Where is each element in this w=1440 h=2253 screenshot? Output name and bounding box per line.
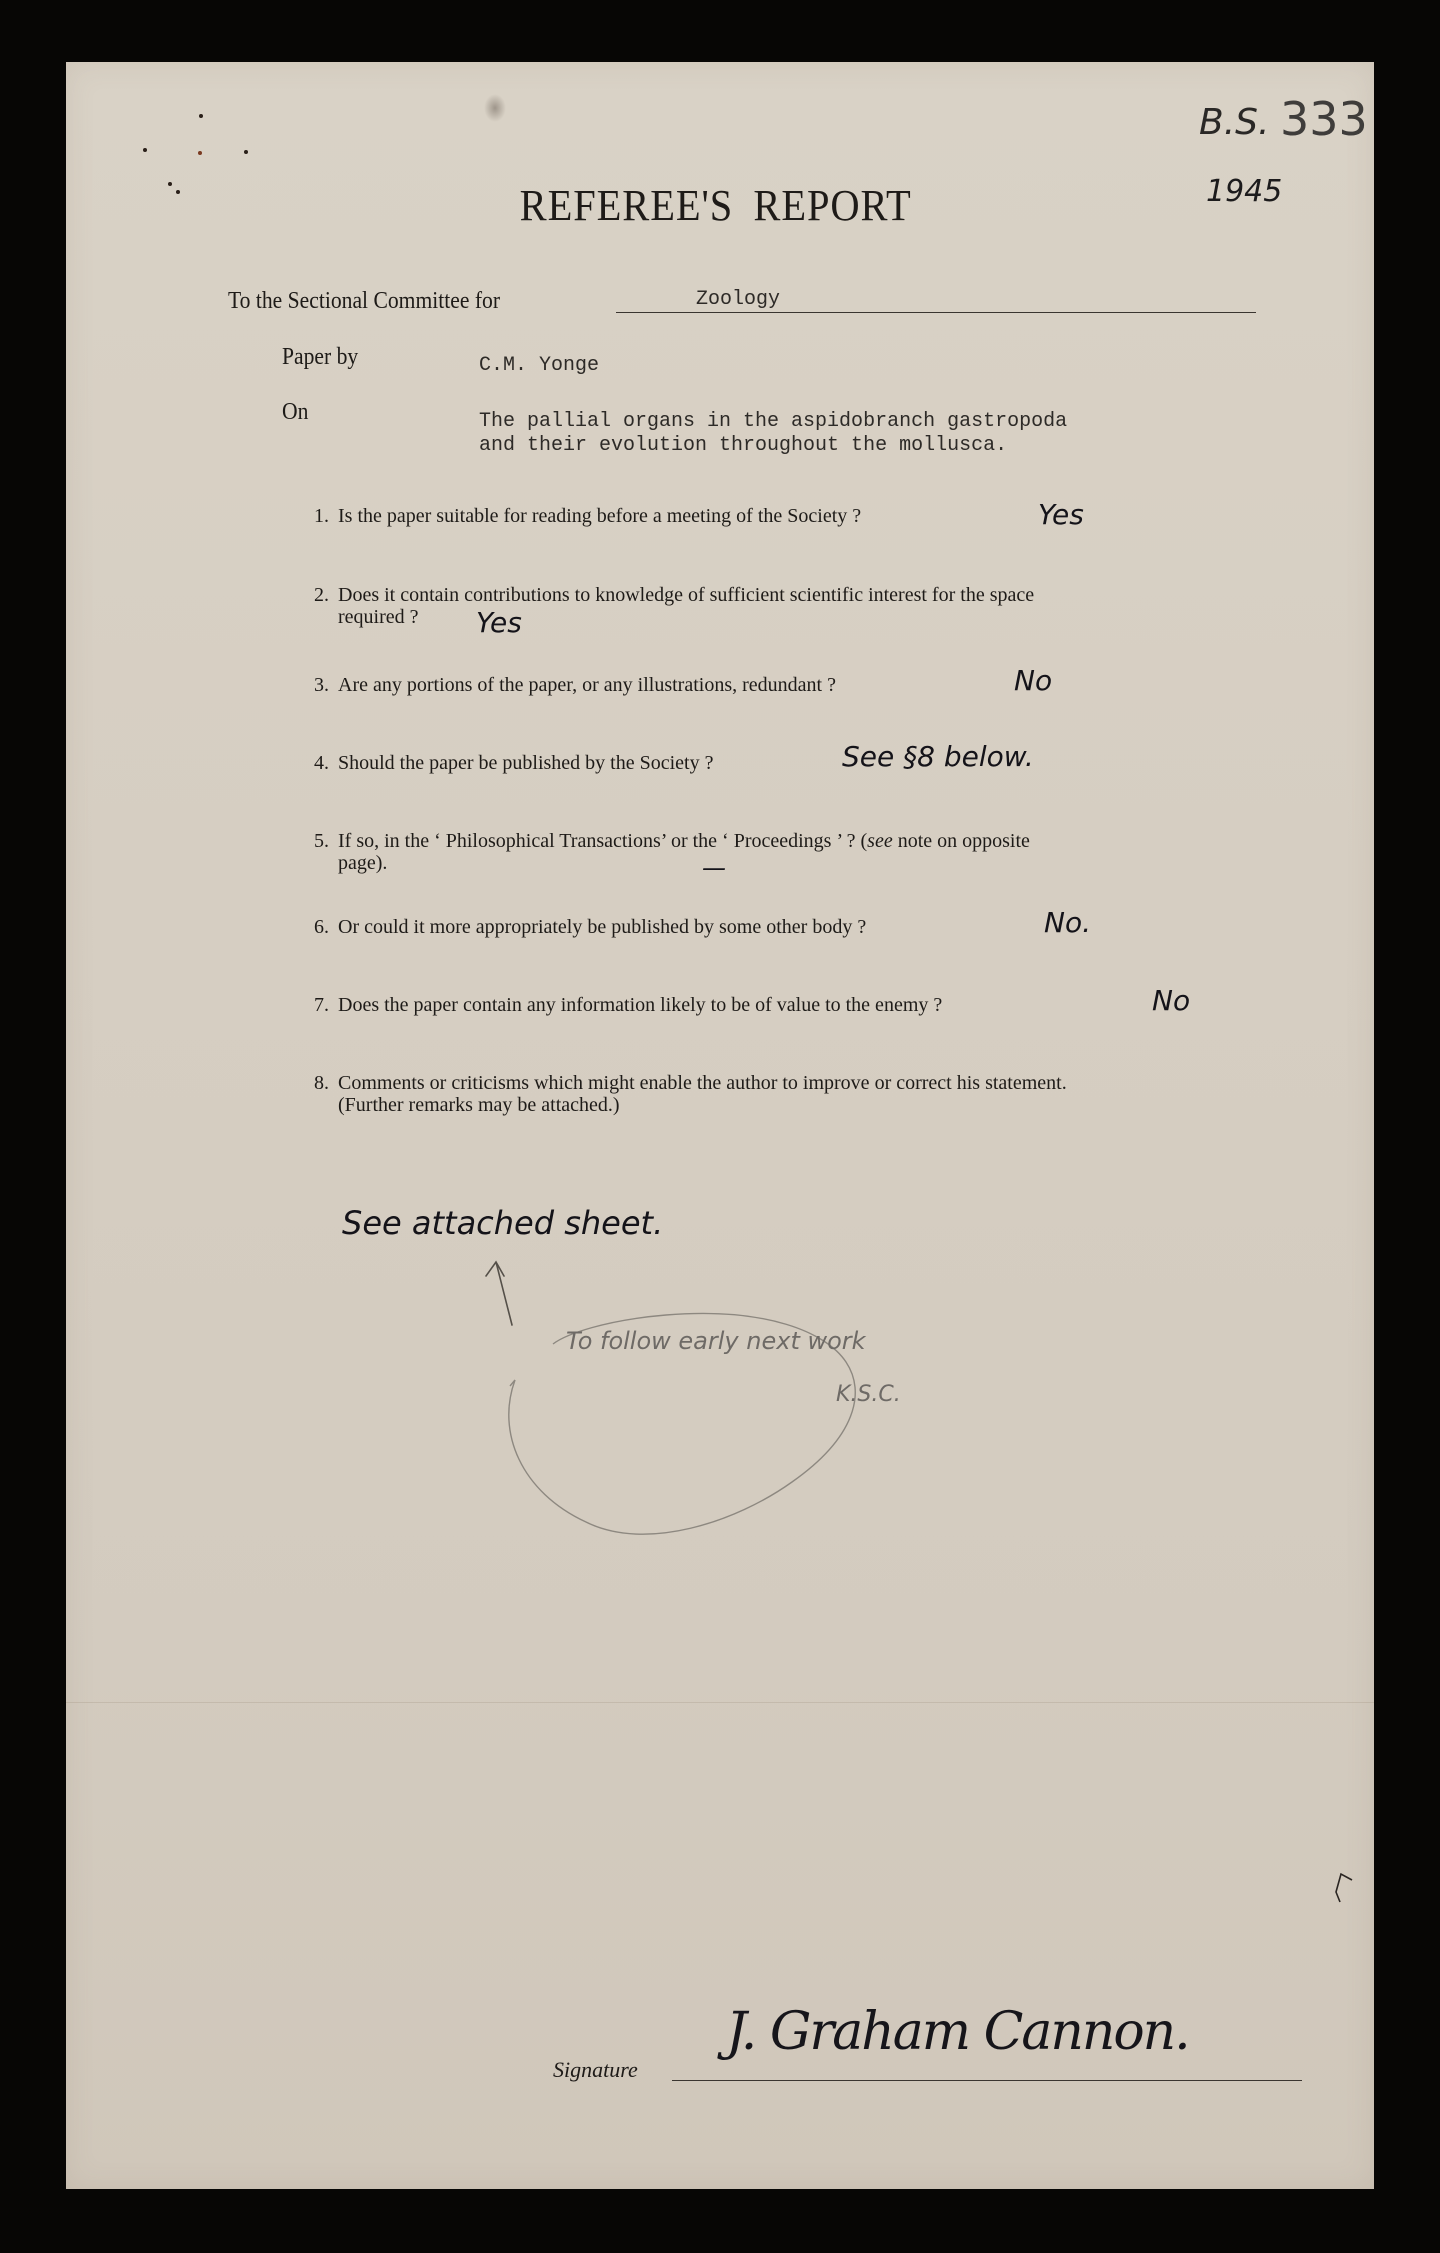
question-3: 3.Are any portions of the paper, or any …	[314, 674, 1234, 696]
question-text: Should the paper be published by the Soc…	[338, 752, 713, 774]
committee-value: Zoology	[696, 288, 780, 311]
archive-ref-prefix: B.S.	[1199, 102, 1269, 143]
question-4: 4.Should the paper be published by the S…	[314, 752, 1234, 774]
paper-fold-line	[66, 1702, 1374, 1703]
question-text: Or could it more appropriately be publis…	[338, 916, 866, 938]
question-text-continued: page).	[314, 852, 1234, 874]
question-text: If so, in the ‘ Philosophical Transactio…	[338, 830, 1030, 852]
margin-mark	[66, 62, 1374, 2189]
paper-by-label: Paper by	[282, 344, 358, 371]
question-8: 8.Comments or criticisms which might ena…	[314, 1072, 1234, 1116]
ink-stain	[484, 94, 506, 122]
answer-5: —	[702, 854, 726, 882]
question-number: 5.	[314, 830, 338, 852]
pencil-circle-annotation	[66, 62, 1374, 2189]
question-number: 2.	[314, 584, 338, 606]
punch-hole	[198, 151, 202, 155]
question-text-continued: (Further remarks may be attached.)	[314, 1094, 1234, 1116]
question-6: 6.Or could it more appropriately be publ…	[314, 916, 1234, 938]
punch-hole	[143, 148, 147, 152]
question-number: 7.	[314, 994, 338, 1016]
question-text-part: If so, in the ‘ Philosophical Transactio…	[338, 830, 867, 852]
question-text: Comments or criticisms which might enabl…	[338, 1072, 1067, 1094]
question-number: 3.	[314, 674, 338, 696]
paper-title-line-1: The pallial organs in the aspidobranch g…	[479, 410, 1067, 433]
question-5: 5.If so, in the ‘ Philosophical Transact…	[314, 830, 1234, 874]
pencil-note: To follow early next work	[566, 1327, 866, 1355]
on-label: On	[282, 399, 308, 426]
signature-line	[672, 2080, 1302, 2081]
question-text-italic: see	[867, 830, 893, 852]
question-number: 6.	[314, 916, 338, 938]
question-1: 1.Is the paper suitable for reading befo…	[314, 505, 1234, 527]
punch-hole	[199, 114, 203, 118]
signature-value: J. Graham Cannon.	[726, 2002, 1189, 2062]
question-text: Does the paper contain any information l…	[338, 994, 942, 1016]
answer-6: No.	[1044, 906, 1091, 939]
question-text-continued: required ?	[314, 606, 1234, 628]
question-text: Is the paper suitable for reading before…	[338, 505, 861, 527]
answer-2: Yes	[476, 606, 522, 639]
committee-label: To the Sectional Committee for	[228, 288, 500, 315]
question-text: Does it contain contributions to knowled…	[338, 584, 1034, 606]
answer-7: No	[1152, 984, 1190, 1017]
page-title: REFEREE'S REPORT	[114, 180, 1317, 231]
question-text-part: note on opposite	[893, 830, 1030, 852]
committee-rule	[616, 312, 1256, 313]
answer-3: No	[1014, 664, 1052, 697]
signature-label: Signature	[553, 2057, 638, 2083]
paper-author: C.M. Yonge	[479, 354, 599, 377]
punch-hole	[244, 150, 248, 154]
question-text: Are any portions of the paper, or any il…	[338, 674, 836, 696]
question-number: 1.	[314, 505, 338, 527]
document-page: B.S. 333 1945 REFEREE'S REPORT To the Se…	[66, 62, 1374, 2189]
question-2: 2.Does it contain contributions to knowl…	[314, 584, 1234, 628]
pencil-note-initials: K.S.C.	[836, 1382, 901, 1407]
answer-8: See attached sheet.	[342, 1204, 663, 1242]
question-number: 8.	[314, 1072, 338, 1094]
paper-title-line-2: and their evolution throughout the mollu…	[479, 434, 1007, 457]
answer-4: See §8 below.	[842, 740, 1034, 773]
archive-ref-number: 333	[1280, 92, 1368, 146]
question-number: 4.	[314, 752, 338, 774]
answer-1: Yes	[1038, 498, 1084, 531]
question-7: 7.Does the paper contain any information…	[314, 994, 1234, 1016]
